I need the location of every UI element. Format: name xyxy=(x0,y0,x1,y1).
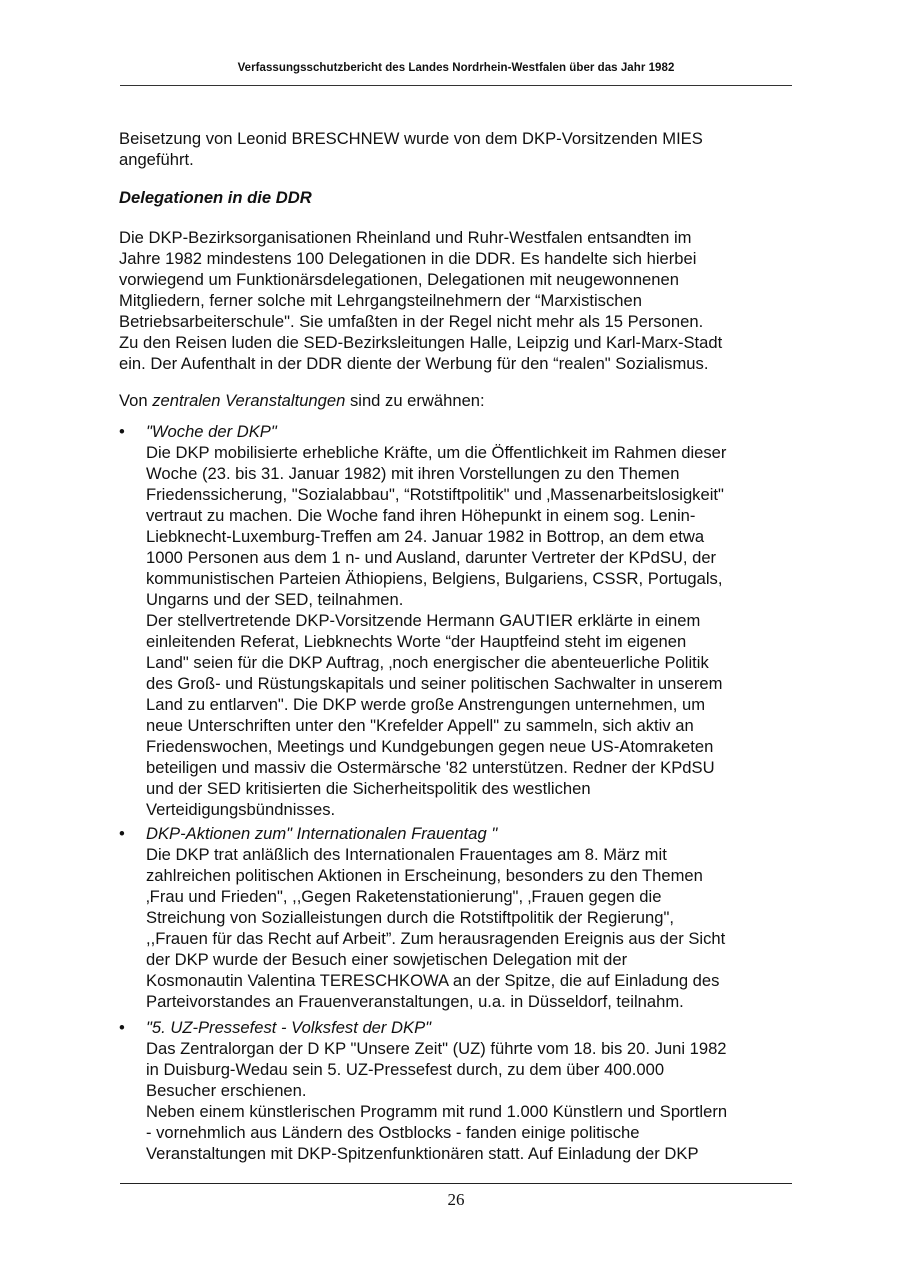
text-line: ,,Frauen für das Recht auf Arbeit”. Zum … xyxy=(146,928,806,949)
text-line: Woche (23. bis 31. Januar 1982) mit ihre… xyxy=(146,463,806,484)
running-header: Verfassungsschutzbericht des Landes Nord… xyxy=(120,62,792,74)
text-line: Die DKP-Bezirksorganisationen Rheinland … xyxy=(119,227,799,248)
delegations-paragraph: Die DKP-Bezirksorganisationen Rheinland … xyxy=(119,227,799,374)
text-line: Friedenswochen, Meetings und Kundgebunge… xyxy=(146,736,806,757)
document-page: Verfassungsschutzbericht des Landes Nord… xyxy=(0,0,900,1273)
text-line: Zu den Reisen luden die SED-Bezirksleitu… xyxy=(119,332,799,353)
text-line: Streichung von Sozialleistungen durch di… xyxy=(146,907,806,928)
intro-paragraph: Beisetzung von Leonid BRESCHNEW wurde vo… xyxy=(119,128,799,170)
text-line: ‚Frau und Frieden", ,,Gegen Raketenstati… xyxy=(146,886,806,907)
text-line: 1000 Personen aus dem 1 n- und Ausland, … xyxy=(146,547,806,568)
text-line: Friedenssicherung, "Sozialabbau", “Rotst… xyxy=(146,484,806,505)
events-intro-suffix: sind zu erwähnen: xyxy=(345,391,484,410)
text-line: Betriebsarbeiterschule". Sie umfaßten in… xyxy=(119,311,799,332)
events-intro-prefix: Von xyxy=(119,391,152,410)
text-line: Beisetzung von Leonid BRESCHNEW wurde vo… xyxy=(119,128,799,149)
text-line: in Duisburg-Wedau sein 5. UZ-Pressefest … xyxy=(146,1059,806,1080)
text-line: Neben einem künstlerischen Programm mit … xyxy=(146,1101,806,1122)
events-intro-emphasis: zentralen Veranstaltungen xyxy=(152,391,345,410)
page-number: 26 xyxy=(120,1190,792,1210)
bullet-icon: • xyxy=(119,1017,139,1038)
text-line: Land zu entlarven". Die DKP werde große … xyxy=(146,694,806,715)
text-line: kommunistischen Parteien Äthiopiens, Bel… xyxy=(146,568,806,589)
text-line: Die DKP mobilisierte erhebliche Kräfte, … xyxy=(146,442,806,463)
header-rule xyxy=(120,85,792,86)
footer-rule xyxy=(120,1183,792,1184)
text-line: zahlreichen politischen Aktionen in Ersc… xyxy=(146,865,806,886)
text-line: Parteivorstandes an Frauenveranstaltunge… xyxy=(146,991,806,1012)
bullet-icon: • xyxy=(119,421,139,442)
text-line: ein. Der Aufenthalt in der DDR diente de… xyxy=(119,353,799,374)
text-line: beteiligen und massiv die Ostermärsche '… xyxy=(146,757,806,778)
text-line: Jahre 1982 mindestens 100 Delegationen i… xyxy=(119,248,799,269)
text-line: Ungarns und der SED, teilnahmen. xyxy=(146,589,806,610)
text-line: Das Zentralorgan der D KP "Unsere Zeit" … xyxy=(146,1038,806,1059)
section-heading: Delegationen in die DDR xyxy=(119,187,799,208)
text-line: und der SED kritisierten die Sicherheits… xyxy=(146,778,806,799)
text-line: Verteidigungsbündnisses. xyxy=(146,799,806,820)
text-line: Der stellvertretende DKP-Vorsitzende Her… xyxy=(146,610,806,631)
text-line: des Groß- und Rüstungskapitals und seine… xyxy=(146,673,806,694)
text-line: Die DKP trat anläßlich des International… xyxy=(146,844,806,865)
text-line: Land" seien für die DKP Auftrag, ‚noch e… xyxy=(146,652,806,673)
event-title: "Woche der DKP" xyxy=(146,421,806,442)
text-line: Mitgliedern, ferner solche mit Lehrgangs… xyxy=(119,290,799,311)
text-line: vorwiegend um Funktionärsdelegationen, D… xyxy=(119,269,799,290)
text-line: Kosmonautin Valentina TERESCHKOWA an der… xyxy=(146,970,806,991)
text-line: einleitenden Referat, Liebknechts Worte … xyxy=(146,631,806,652)
text-line: der DKP wurde der Besuch einer sowjetisc… xyxy=(146,949,806,970)
text-line: Veranstaltungen mit DKP-Spitzenfunktionä… xyxy=(146,1143,806,1164)
event-title: "5. UZ-Pressefest - Volksfest der DKP" xyxy=(146,1017,806,1038)
text-line: Besucher erschienen. xyxy=(146,1080,806,1101)
text-line: Liebknecht-Luxemburg-Treffen am 24. Janu… xyxy=(146,526,806,547)
text-line: angeführt. xyxy=(119,149,799,170)
event-title: DKP-Aktionen zum" Internationalen Frauen… xyxy=(146,823,806,844)
text-line: - vornehmlich aus Ländern des Ostblocks … xyxy=(146,1122,806,1143)
text-line: neue Unterschriften unter den "Krefelder… xyxy=(146,715,806,736)
text-line: vertraut zu machen. Die Woche fand ihren… xyxy=(146,505,806,526)
bullet-icon: • xyxy=(119,823,139,844)
events-intro: Von zentralen Veranstaltungen sind zu er… xyxy=(119,390,799,411)
